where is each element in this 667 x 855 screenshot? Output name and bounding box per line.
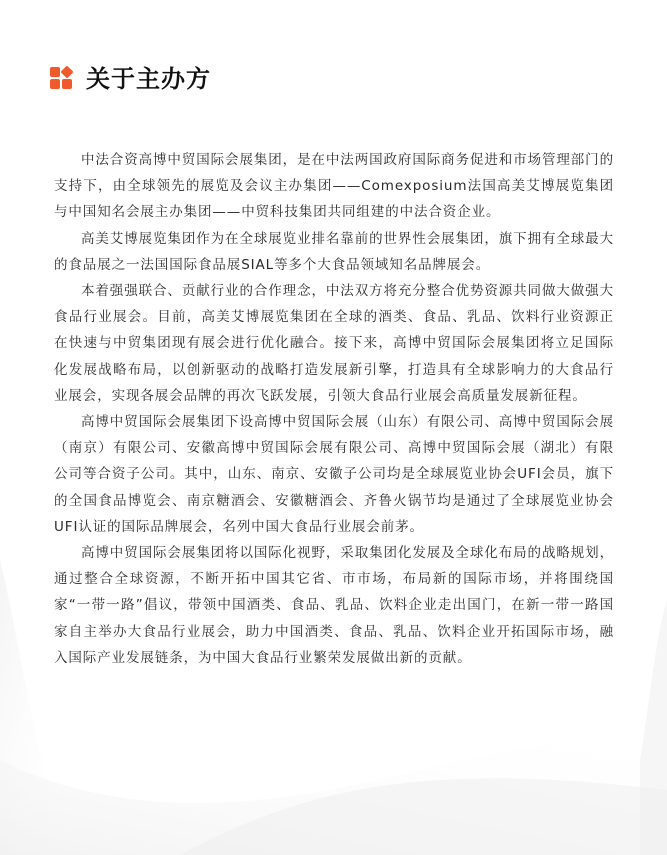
logo-square [62, 79, 72, 89]
document-page: 关于主办方 中法合资高博中贸国际会展集团，是在中法两国政府国际商务促进和市场管理… [0, 0, 667, 855]
page-title: 关于主办方 [86, 64, 211, 94]
article-body: 中法合资高博中贸国际会展集团，是在中法两国政府国际商务促进和市场管理部门的支持下… [54, 147, 614, 671]
logo-diamond [60, 65, 73, 78]
grid-logo-icon [50, 67, 74, 91]
section-header: 关于主办方 [50, 64, 211, 94]
paragraph-subsidiaries: 高博中贸国际会展集团下设高博中贸国际会展（山东）有限公司、高博中贸国际会展（南京… [54, 409, 614, 540]
paragraph-strategy: 高博中贸国际会展集团将以国际化视野，采取集团化发展及全球化布局的战略规划，通过整… [54, 540, 614, 671]
logo-square [50, 67, 60, 77]
logo-square [50, 79, 60, 89]
paragraph-comexposium: 高美艾博展览集团作为在全球展览业排名靠前的世界性会展集团，旗下拥有全球最大的食品… [54, 226, 614, 278]
paragraph-cooperation: 本着强强联合、贡献行业的合作理念，中法双方将充分整合优势资源共同做大做强大食品行… [54, 278, 614, 409]
paragraph-intro: 中法合资高博中贸国际会展集团，是在中法两国政府国际商务促进和市场管理部门的支持下… [54, 147, 614, 226]
